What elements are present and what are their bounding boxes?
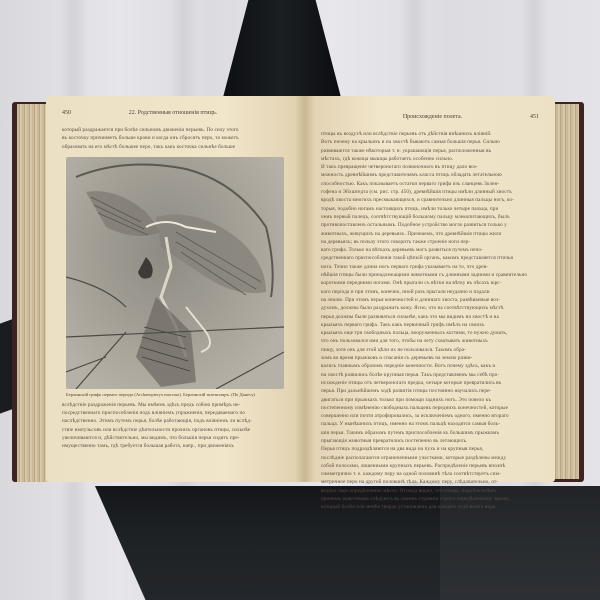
text-line: И такъ превращеніе четвероногаго позвоно… (321, 163, 539, 171)
page-number: 450 (62, 110, 71, 116)
left-page: 450 22. Родственныя отношенія птицъ. кот… (46, 96, 305, 482)
text-line: противопоставленъ остальнымъ. Подобное у… (321, 221, 539, 229)
text-line: Перья птицъ подраздѣляются на два вида н… (321, 445, 539, 453)
text-line: который болѣе или менѣе твердо установле… (321, 503, 539, 511)
text-line: наслѣдственно. Этимъ путемъ перья, болѣе… (62, 417, 289, 425)
text-line: на деревьяхъ; въ пользу этого говоритъ т… (321, 238, 539, 246)
text-line: способностью. Какъ показываетъ остатки п… (321, 180, 539, 188)
text-line: на землю. При этомъ перья конечностей и … (321, 296, 539, 304)
text-line: развиваются также нѣкоторыя т. н. украша… (321, 147, 539, 155)
text-line: ведено свое опредѣленное мѣсто. Отсюда в… (321, 487, 539, 495)
text-line: имущественно тамъ, гдѣ требуется большая… (62, 442, 289, 450)
text-line: образовать на его мѣстѣ большее перо, та… (62, 143, 289, 151)
text-line: пищу, хотя онъ для этой цѣли их не польз… (321, 346, 539, 354)
text-line: что онъ пользовался ими для того, чтобы … (321, 337, 539, 345)
page-edges-right (553, 104, 579, 479)
text-line: животныхъ, живущихъ на деревьяхъ. Призна… (321, 230, 539, 238)
right-running-head: Происхожденіе полета. 451 (321, 110, 539, 126)
text-line: нога. Точно также длина ногъ перваго гри… (321, 263, 539, 271)
left-running-head: 450 22. Родственныя отношенія птицъ. (62, 110, 289, 122)
text-line: нѣйшія птицы были принадлежащими животны… (321, 271, 539, 279)
text-line: совершенно или почти атрофировались, за … (321, 412, 539, 420)
fossil-illustration (66, 157, 284, 389)
text-line: перья должны были развиваться сильнѣе, к… (321, 313, 539, 321)
running-head-title: 22. Родственныя отношенія птицъ. (129, 110, 218, 116)
text-line: увеличиваются и, дѣйствительно, мы видим… (62, 434, 289, 442)
text-line: духомъ, должны были раздражать кожу. Ясн… (321, 304, 539, 312)
text-line: исхожденіе птицы отъ четвероногаго предк… (321, 379, 539, 387)
text-line: мѣстахъ, гдѣ кожица мышцы работаетъ особ… (321, 155, 539, 163)
text-line: шія перья. Такимъ образомъ путемъ приспо… (321, 429, 539, 437)
right-page: Происхожденіе полета. 451 птицы въ возду… (305, 96, 555, 482)
text-line: который раздражается при болѣе сильномъ … (62, 126, 289, 134)
text-line: чемъ первый палецъ, соотвѣтствующій боль… (321, 213, 539, 221)
figure-caption: Берлинскій грифъ перваго періода (Archae… (66, 392, 285, 397)
text-line: вслѣдствіе раздраженія перьевъ. Мы имѣем… (62, 401, 289, 409)
text-line: посредственнаго приспособленія подъ влія… (62, 409, 289, 417)
text-line: перья. При дальнѣйшемъ ходѣ развитія пти… (321, 387, 539, 395)
text-line: короткими передними ногами. Онѣ прыгали … (321, 279, 539, 287)
text-line: симметрично т. е. каждому перу на одной … (321, 470, 539, 478)
text-line: можность древнѣйшимъ представителямъ кла… (321, 171, 539, 179)
archaeopteryx-figure (66, 157, 284, 389)
text-line: средственнаго приспособленія такой цѣпкі… (321, 254, 539, 262)
text-line: метричное перо на другой половинѣ тѣла. … (321, 478, 539, 486)
text-line: ваго грифа. Только на вѣткахъ деревьевъ … (321, 246, 539, 254)
text-line: торыя, подобно ногамъ настоящихъ птицъ, … (321, 205, 539, 213)
text-line: крыльяхъ перваго грифа. Такъ какъ первич… (321, 321, 539, 329)
text-line: прочимъ животнымъ слѣдуютъ въ своемъ стр… (321, 495, 539, 503)
text-line: птицы въ воздухѣ или вслѣдствіе перьевъ … (321, 130, 539, 138)
running-head-title: Происхожденіе полета. (403, 114, 462, 120)
text-line: двигаться при прыжкахъ только при помощи… (321, 396, 539, 404)
text-line: собой полосами, лишенными крупныхъ перье… (321, 462, 539, 470)
left-text-top: который раздражается при болѣе сильномъ … (62, 126, 289, 151)
text-line: зомъ во время прыжковъ и спасанія съ дер… (321, 354, 539, 362)
text-line: Вотъ почему на крыльяхъ и на хвостѣ быва… (321, 138, 539, 146)
text-line: прыгающія животныя превратились постепен… (321, 437, 539, 445)
text-line: ствіе импульсовъ или вслѣдствіе дѣятельн… (62, 426, 289, 434)
page-number: 451 (530, 114, 539, 120)
left-text-bottom: вслѣдствіе раздраженія перьевъ. Мы имѣем… (62, 401, 289, 451)
text-line: постепенному измѣненію свободныхъ пальце… (321, 404, 539, 412)
text-line: пальца. У нынѣшнихъ птицъ, именно на это… (321, 420, 539, 428)
text-line: гофена и Эйхштедта (см. рис. стр. 450), … (321, 188, 539, 196)
text-line: послѣдніе располагаются ограниченными уч… (321, 454, 539, 462)
open-book: 450 22. Родственныя отношенія птицъ. кот… (12, 94, 590, 494)
text-line: каго періода и при этомъ, конечно, иной … (321, 288, 539, 296)
right-text: птицы въ воздухѣ или вслѣдствіе перьевъ … (321, 130, 539, 512)
text-line: вродѣ хвоста многихъ пресмыкающихся, и с… (321, 196, 539, 204)
text-line: вались главнымъ образомъ передніе конечн… (321, 362, 539, 370)
text-line: въ косточку причиняетъ больше крови и ко… (62, 134, 289, 142)
text-line: крыльяхъ еще три свободныхъ пальца, воор… (321, 329, 539, 337)
text-line: на хвостѣ развились болѣе крупныя перья.… (321, 371, 539, 379)
